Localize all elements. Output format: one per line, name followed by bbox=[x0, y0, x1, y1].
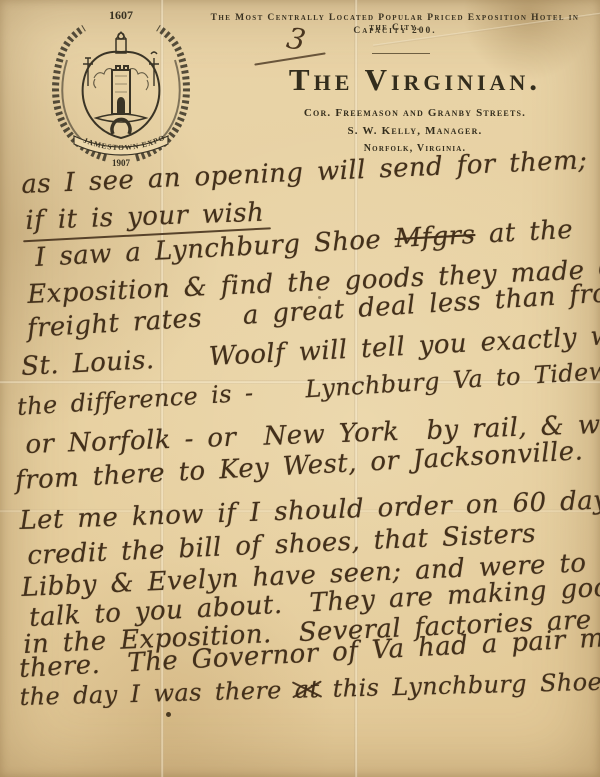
hotel-name: The Virginian. bbox=[240, 62, 590, 98]
line-text: the day I was there bbox=[19, 676, 295, 711]
tree-scribbles bbox=[94, 69, 149, 90]
letterhead-rule bbox=[372, 53, 430, 54]
handwritten-line: if it is your wish bbox=[25, 198, 265, 236]
letterhead-masthead: The Virginian. Cor. Freemason and Granby… bbox=[240, 62, 590, 154]
jamestown-exposition-seal: 1607 JAMESTO bbox=[36, 6, 206, 170]
struck-word: Mfgrs bbox=[394, 220, 476, 254]
seal-cartouche bbox=[83, 52, 160, 138]
jamestown-tower-icon bbox=[112, 66, 130, 114]
hotel-address: Cor. Freemason and Granby Streets. bbox=[240, 107, 590, 119]
line-text: at the bbox=[474, 215, 573, 250]
crossed-out-word: at bbox=[294, 675, 319, 704]
hotel-capacity: Capacity 200. bbox=[200, 26, 590, 36]
ink-spot bbox=[166, 712, 171, 717]
letter-document: 1607 JAMESTO bbox=[0, 0, 600, 777]
crown-finial-icon bbox=[116, 32, 126, 53]
seal-year-top: 1607 bbox=[109, 8, 133, 22]
line-text: this Lynchburg Shoe Co. bbox=[319, 666, 600, 703]
line-text-underlined: if it is your wish bbox=[25, 198, 265, 236]
hotel-manager: S. W. Kelly, Manager. bbox=[240, 125, 590, 137]
